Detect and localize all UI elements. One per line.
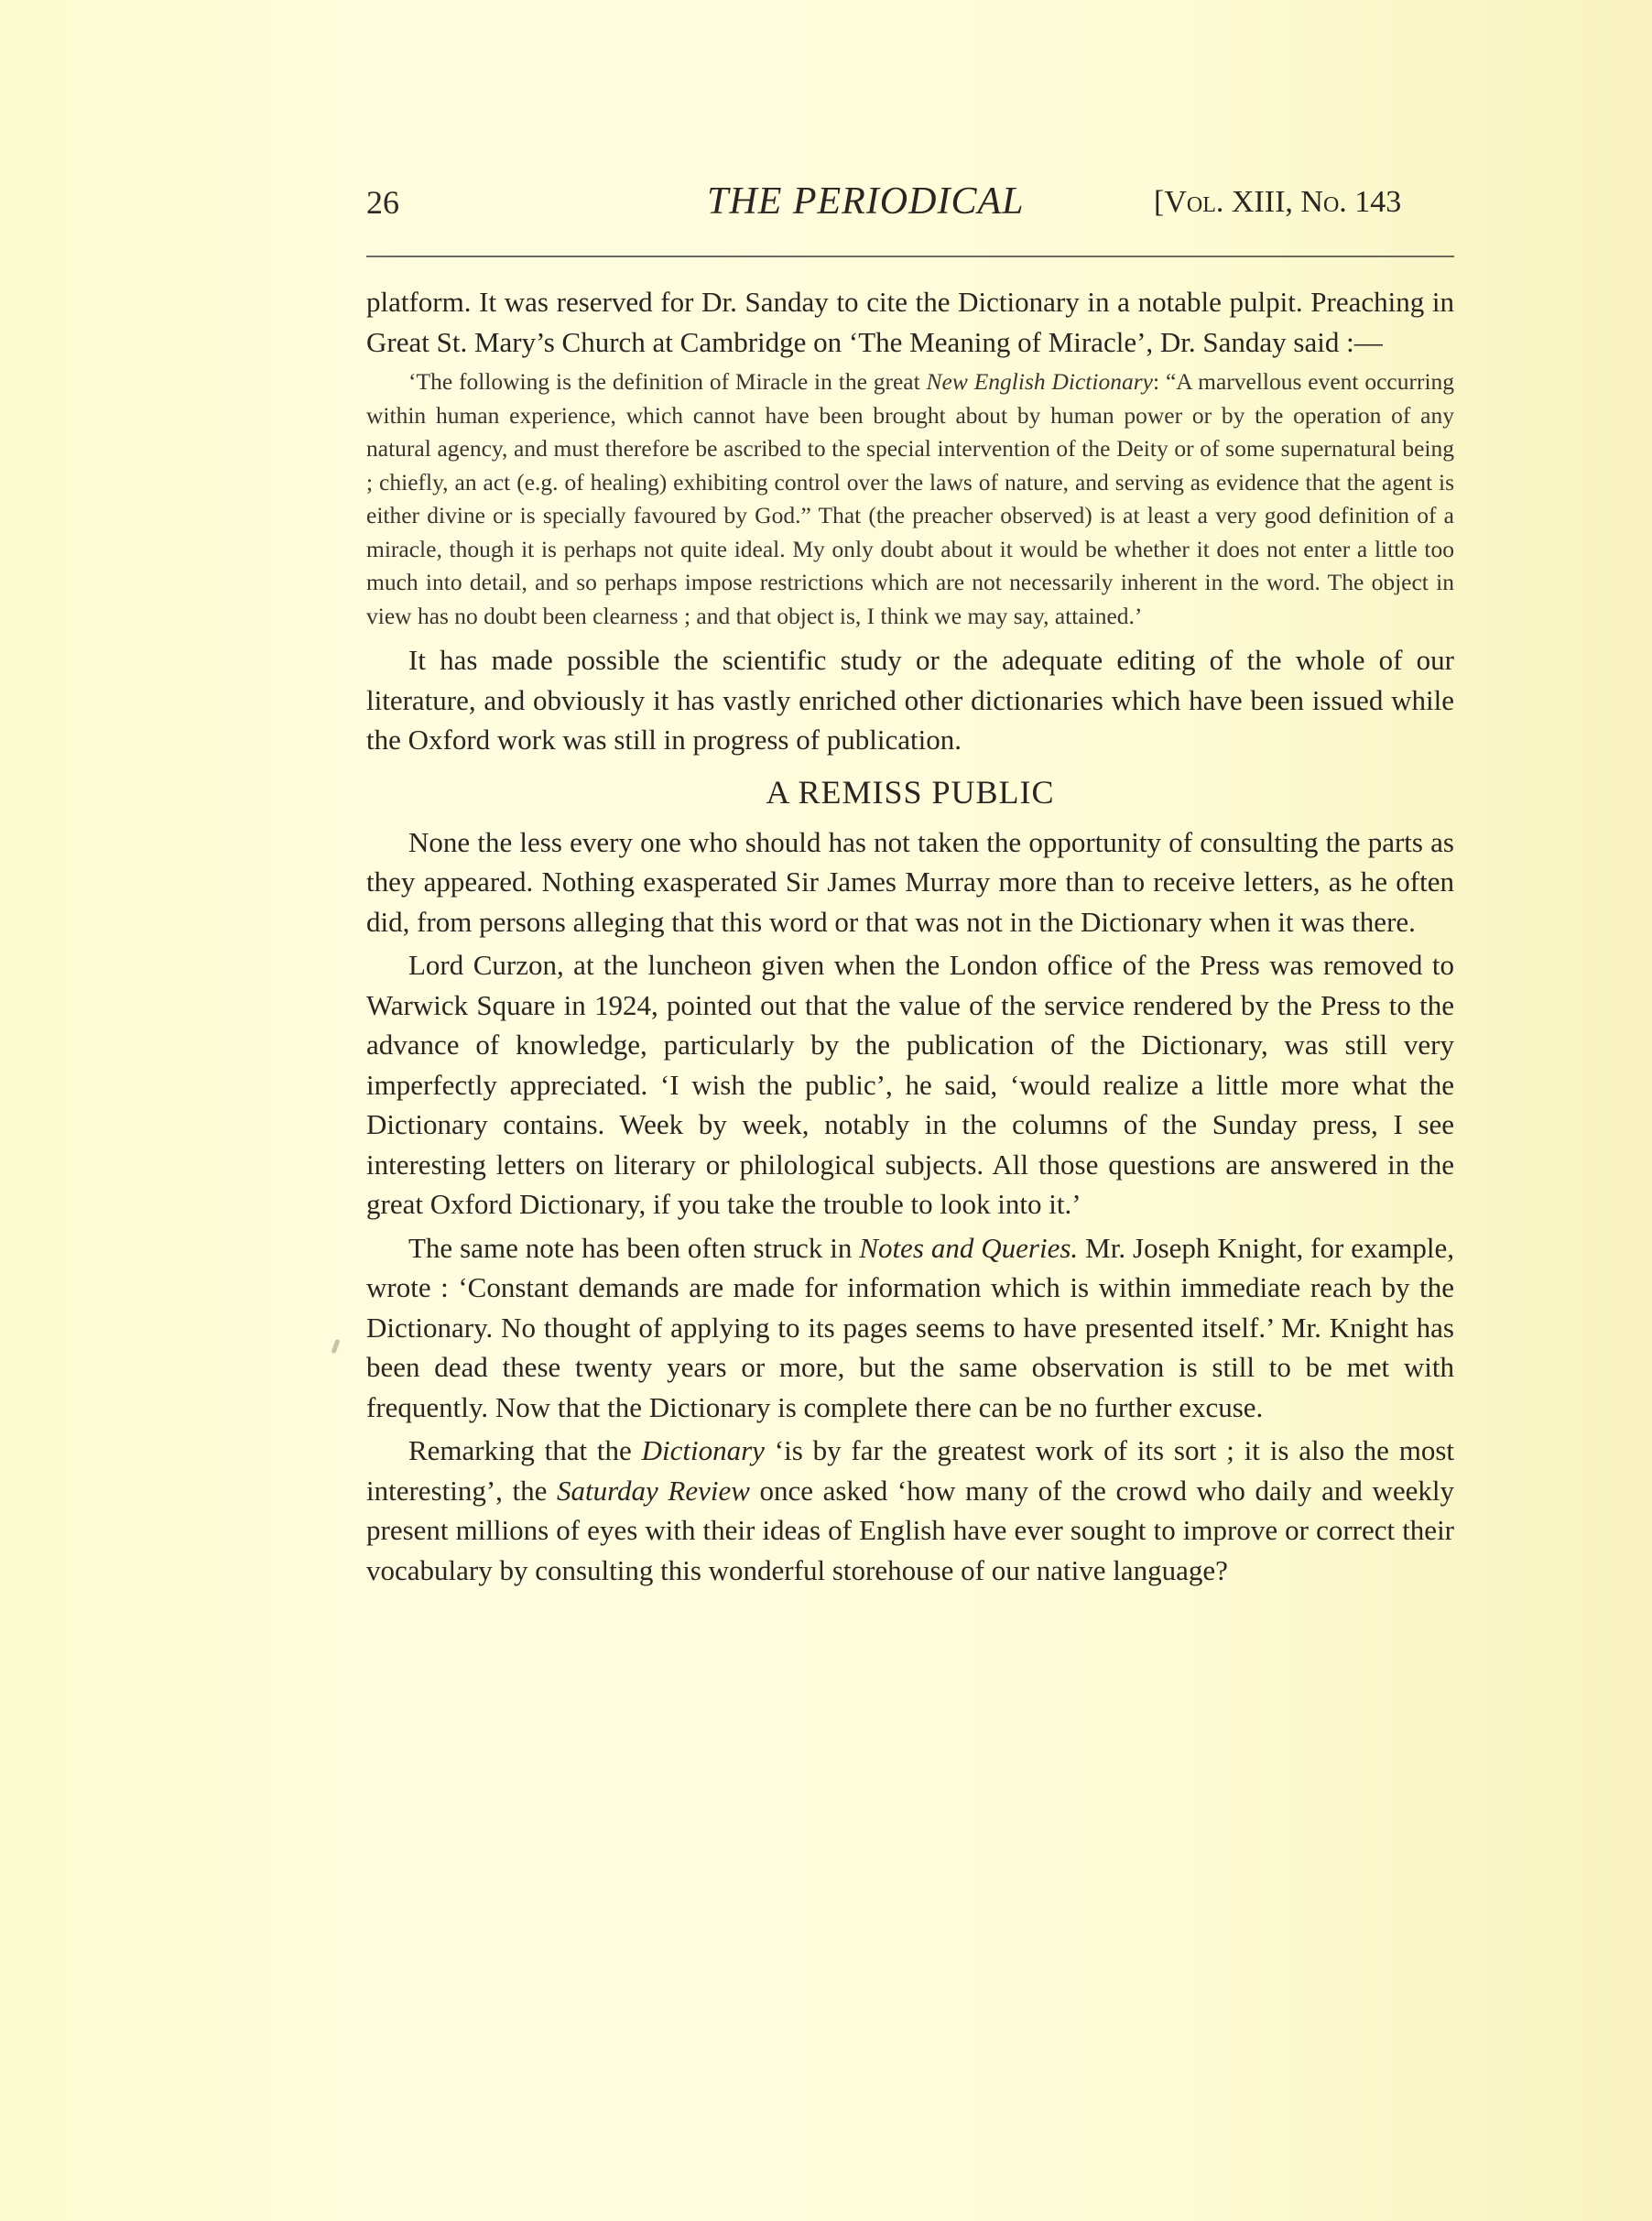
text-run: Remarking that the [408,1434,642,1466]
paragraph: Lord Curzon, at the luncheon given when … [366,945,1454,1225]
paragraph: The same note has been often struck in N… [366,1228,1454,1428]
ink-blot-mark [331,1339,340,1355]
section-heading: A REMISS PUBLIC [366,769,1454,815]
issue-vol-label: Vol. [1164,185,1223,219]
issue-reference: [Vol. XIII, No. 143 [1154,185,1401,220]
block-quote: ‘The following is the definition of Mira… [366,365,1454,633]
italic-title: Saturday Review [557,1475,750,1507]
quote-lead: ‘The following is the definition of Mira… [408,368,927,395]
text-run: The same note has been often struck in [408,1232,859,1264]
quote-lead-end: : [1153,368,1159,395]
journal-title: THE PERIODICAL [707,180,1024,223]
issue-bracket: [ [1154,185,1164,219]
issue-vol: XIII, [1232,185,1293,219]
running-head: 26 THE PERIODICAL [Vol. XIII, No. 143 [366,180,1456,234]
paragraph: None the less every one who should has n… [366,822,1454,942]
paragraph: Remarking that the Dictionary ‘is by far… [366,1431,1454,1590]
quote-paragraph: ‘The following is the definition of Mira… [366,365,1454,633]
header-rule-divider [366,256,1454,257]
body-text: platform. It was reserved for Dr. Sanday… [366,282,1454,1590]
paragraph: It has made possible the scientific stud… [366,640,1454,760]
issue-no-label: No. [1300,185,1346,219]
issue-no: 143 [1354,185,1401,219]
italic-title: Notes and Queries. [859,1232,1078,1264]
paragraph-continuation: platform. It was reserved for Dr. Sanday… [366,282,1454,362]
quote-title-italic: New English Dictionary [927,368,1153,395]
quote-text: “A marvellous event occurring within hum… [366,368,1454,629]
page-number: 26 [366,183,399,222]
italic-title: Dictionary [642,1434,765,1466]
